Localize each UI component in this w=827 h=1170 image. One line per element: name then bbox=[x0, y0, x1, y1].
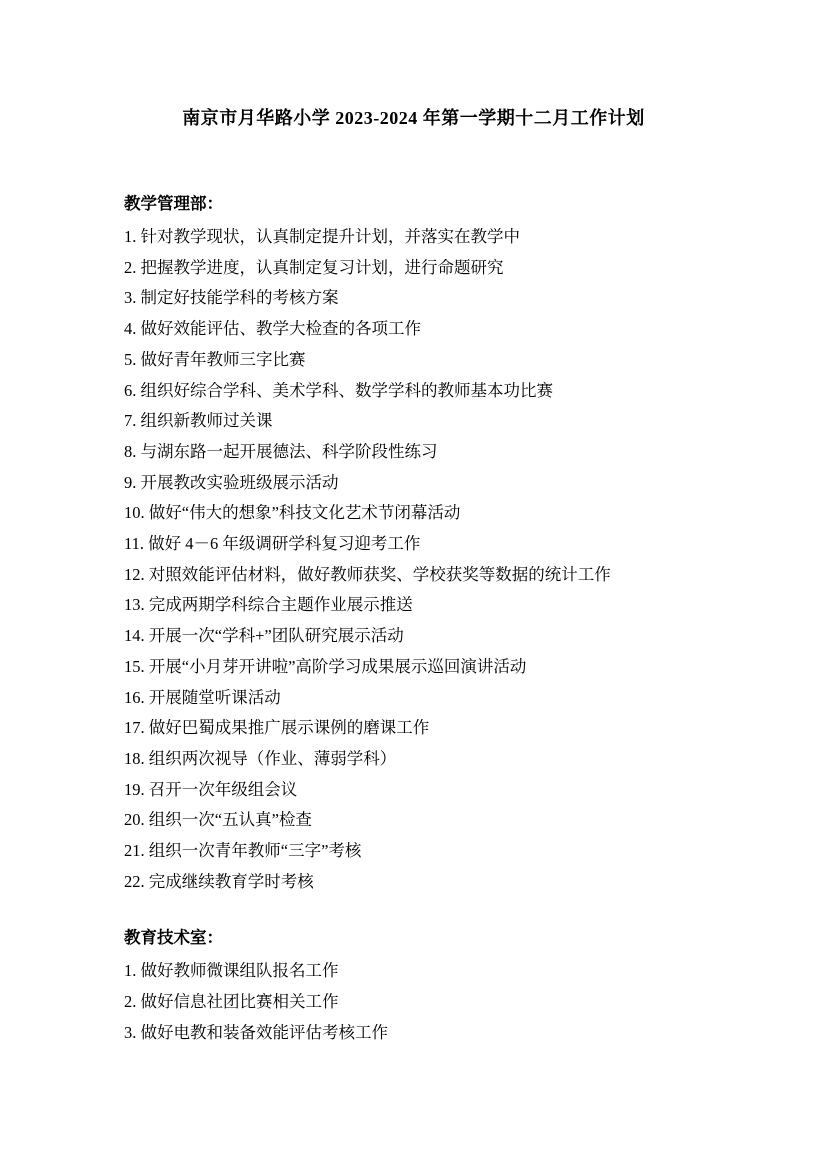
list-item: 19. 召开一次年级组会议 bbox=[124, 775, 737, 806]
list-item: 2. 把握教学进度，认真制定复习计划，进行命题研究 bbox=[124, 253, 737, 284]
list-item: 3. 制定好技能学科的考核方案 bbox=[124, 283, 737, 314]
list-item: 15. 开展“小月芽开讲啦”高阶学习成果展示巡回演讲活动 bbox=[124, 652, 737, 683]
document-page: 南京市月华路小学 2023-2024 年第一学期十二月工作计划 教学管理部：1.… bbox=[0, 0, 827, 1170]
list-item: 11. 做好 4－6 年级调研学科复习迎考工作 bbox=[124, 529, 737, 560]
document-body: 教学管理部：1. 针对教学现状，认真制定提升计划，并落实在教学中2. 把握教学进… bbox=[0, 194, 827, 1049]
section-heading: 教学管理部： bbox=[124, 194, 737, 213]
list-item: 12. 对照效能评估材料，做好教师获奖、学校获奖等数据的统计工作 bbox=[124, 560, 737, 591]
list-item: 7. 组织新教师过关课 bbox=[124, 406, 737, 437]
list-item: 14. 开展一次“学科+”团队研究展示活动 bbox=[124, 621, 737, 652]
list-item: 5. 做好青年教师三字比赛 bbox=[124, 345, 737, 376]
list-item: 9. 开展教改实验班级展示活动 bbox=[124, 468, 737, 499]
document-title: 南京市月华路小学 2023-2024 年第一学期十二月工作计划 bbox=[0, 0, 827, 130]
list-item: 3. 做好电教和装备效能评估考核工作 bbox=[124, 1018, 737, 1049]
list-item: 2. 做好信息社团比赛相关工作 bbox=[124, 987, 737, 1018]
list-item: 16. 开展随堂听课活动 bbox=[124, 683, 737, 714]
list-item: 4. 做好效能评估、教学大检查的各项工作 bbox=[124, 314, 737, 345]
list-item: 1. 针对教学现状，认真制定提升计划，并落实在教学中 bbox=[124, 222, 737, 253]
section: 教育技术室：1. 做好教师微课组队报名工作2. 做好信息社团比赛相关工作3. 做… bbox=[124, 928, 737, 1048]
section: 教学管理部：1. 针对教学现状，认真制定提升计划，并落实在教学中2. 把握教学进… bbox=[124, 194, 737, 897]
list-item: 1. 做好教师微课组队报名工作 bbox=[124, 956, 737, 987]
list-item: 17. 做好巴蜀成果推广展示课例的磨课工作 bbox=[124, 713, 737, 744]
list-item: 18. 组织两次视导（作业、薄弱学科） bbox=[124, 744, 737, 775]
list-item: 20. 组织一次“五认真”检查 bbox=[124, 805, 737, 836]
section-heading: 教育技术室： bbox=[124, 928, 737, 947]
list-item: 6. 组织好综合学科、美术学科、数学学科的教师基本功比赛 bbox=[124, 376, 737, 407]
list-item: 13. 完成两期学科综合主题作业展示推送 bbox=[124, 590, 737, 621]
list-item: 22. 完成继续教育学时考核 bbox=[124, 867, 737, 898]
list-item: 8. 与湖东路一起开展德法、科学阶段性练习 bbox=[124, 437, 737, 468]
list-item: 10. 做好“伟大的想象”科技文化艺术节闭幕活动 bbox=[124, 498, 737, 529]
list-item: 21. 组织一次青年教师“三字”考核 bbox=[124, 836, 737, 867]
